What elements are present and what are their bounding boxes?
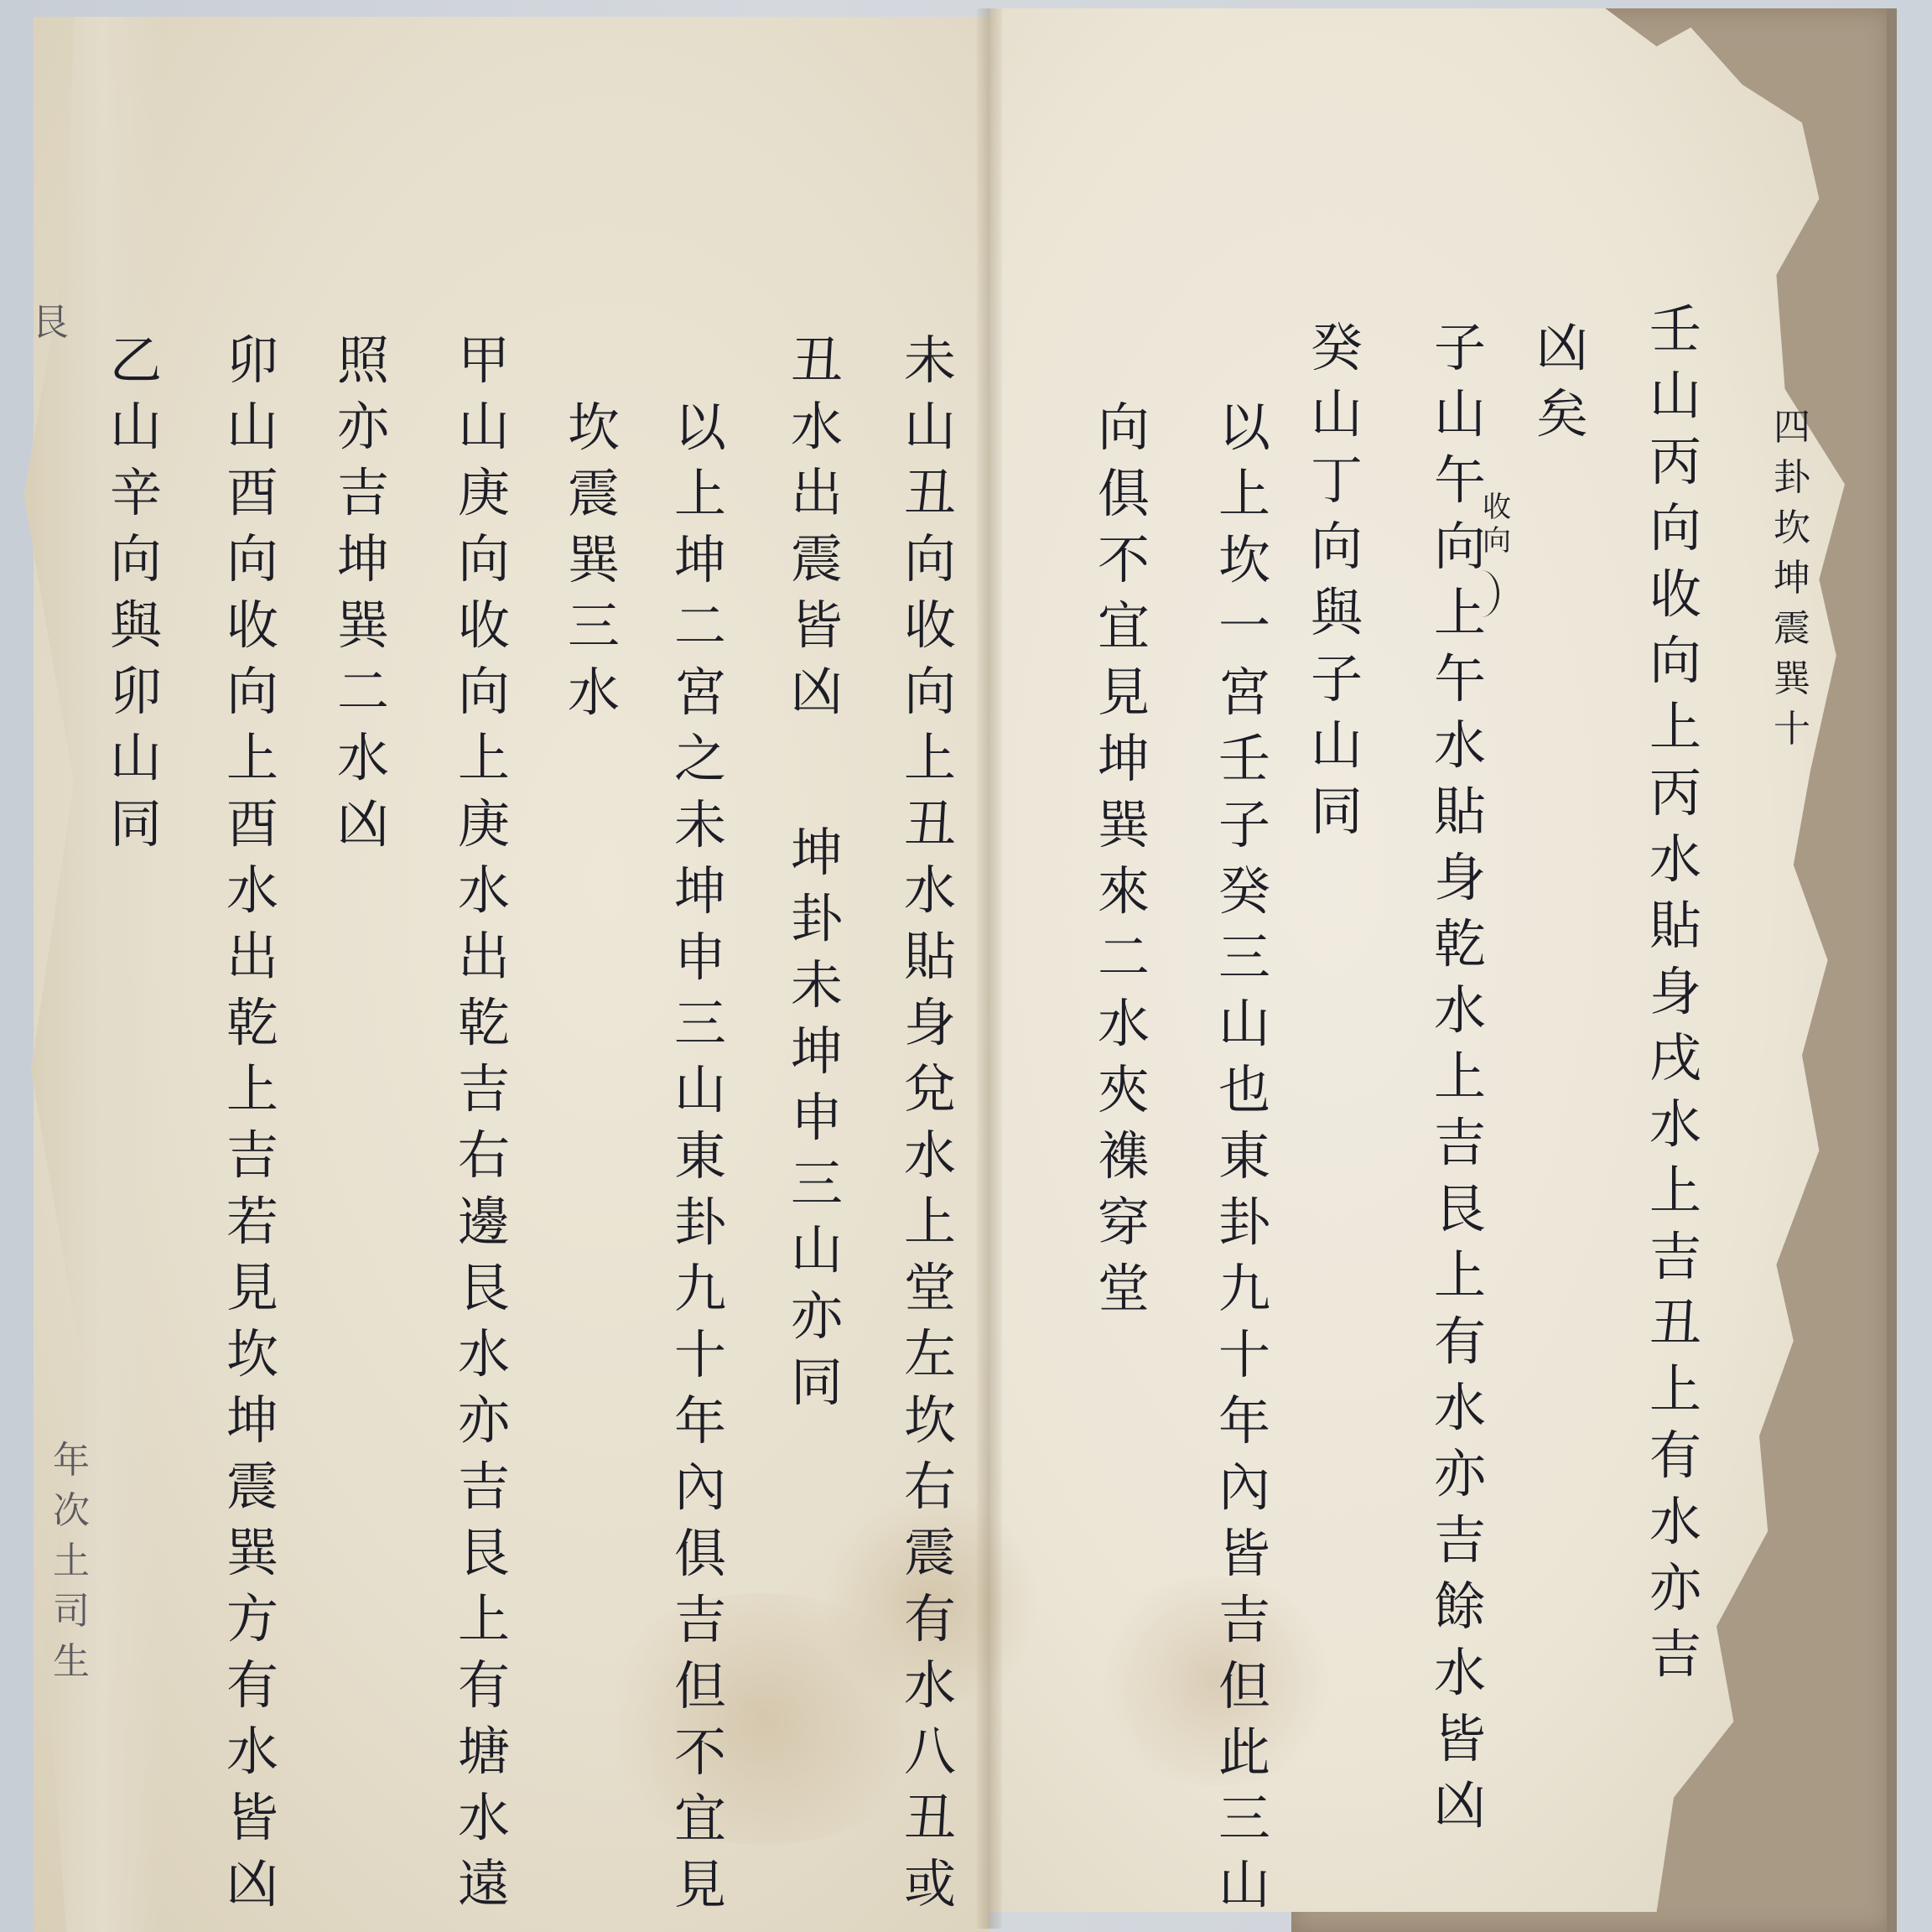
character: 一 [1211, 593, 1278, 659]
character: 水 [1426, 1639, 1493, 1706]
character: 卦 [1767, 453, 1817, 503]
character: 酉 [219, 791, 286, 857]
character: 但 [1211, 1653, 1278, 1719]
character: 卯 [219, 327, 286, 393]
text-column-fragment: 年次土司生 [46, 1436, 96, 1687]
character: 癸 [1211, 858, 1278, 924]
character: 癸 [1303, 314, 1370, 381]
character: 山 [1211, 1851, 1278, 1918]
character: 上 [1426, 1242, 1493, 1308]
character: 此 [1211, 1719, 1278, 1785]
character: 丑 [896, 1784, 963, 1851]
character: 向 [450, 658, 517, 724]
character: 震 [1767, 604, 1817, 654]
character: 內 [667, 1454, 734, 1520]
text-column: 凶矣 [1529, 314, 1596, 447]
character: 山 [1426, 381, 1493, 447]
character: 向 [1642, 627, 1709, 693]
character: 坎 [219, 1321, 286, 1387]
character: 凶 [330, 791, 397, 857]
character: 俱 [1090, 460, 1157, 527]
character: 照 [330, 327, 397, 393]
character: 坎 [896, 1387, 963, 1453]
character: 山 [1642, 362, 1709, 428]
character: 司 [46, 1587, 96, 1637]
character: 三 [667, 990, 734, 1057]
character: 身 [1426, 844, 1493, 911]
character: 坤 [1090, 725, 1157, 792]
character: 有 [1426, 1308, 1493, 1374]
character: 同 [1303, 778, 1370, 844]
character: 水 [1642, 1488, 1709, 1555]
character: 堂 [896, 1254, 963, 1321]
character: 上 [219, 1056, 286, 1122]
character: 有 [219, 1652, 286, 1718]
character: 土 [46, 1536, 96, 1587]
character: 右 [450, 1122, 517, 1188]
character: 收 [896, 592, 963, 658]
character: 山 [667, 1057, 734, 1123]
character: 邊 [450, 1188, 517, 1254]
character: 凶 [1426, 1772, 1493, 1838]
character: 以 [1211, 394, 1278, 460]
character: 山 [1303, 381, 1370, 447]
character: 塘 [450, 1718, 517, 1784]
character: 不 [667, 1719, 734, 1785]
character: 水 [450, 1784, 517, 1851]
character: 艮 [1426, 1176, 1493, 1242]
text-column: 丑水出震皆凶 [783, 327, 850, 724]
character: 水 [450, 1321, 517, 1387]
character: 卦 [667, 1189, 734, 1255]
character: 左 [896, 1321, 963, 1387]
character: 丙 [1642, 428, 1709, 495]
character: 收 [219, 592, 286, 658]
character: 方 [219, 1586, 286, 1652]
character: 宮 [667, 659, 734, 725]
character: 亦 [330, 393, 397, 460]
character: 吉 [1426, 1507, 1493, 1573]
character: 向 [219, 526, 286, 592]
correction-mark [1463, 570, 1499, 617]
character: 年 [1211, 1388, 1278, 1454]
character: 皆 [1211, 1520, 1278, 1587]
text-column: 壬山丙向收向上丙水貼身戌水上吉丑上有水亦吉 [1642, 296, 1709, 1687]
text-column: 照亦吉坤巽二水凶 [330, 327, 397, 857]
character: 乾 [450, 989, 517, 1056]
character: 上 [1642, 693, 1709, 760]
character: 與 [102, 592, 169, 658]
character: 向 [1303, 513, 1370, 579]
character: 宮 [1211, 659, 1278, 725]
character: 上 [896, 1188, 963, 1254]
character: 巽 [1767, 654, 1817, 704]
character: 年 [667, 1388, 734, 1454]
character: 亦 [783, 1283, 850, 1349]
character: 向 [1642, 495, 1709, 561]
character: 坤 [783, 1018, 850, 1084]
character: 水 [896, 857, 963, 923]
text-column-note: 四卦坎坤震巽十 [1767, 402, 1817, 755]
character: 上 [219, 724, 286, 791]
character: 上 [1642, 1157, 1709, 1223]
character: 兌 [896, 1056, 963, 1122]
character: 丑 [1642, 1290, 1709, 1356]
text-column: 卯山酉向收向上酉水出乾上吉若見坎坤震巽方有水皆凶 [219, 327, 286, 1917]
character: 丑 [783, 327, 850, 393]
character: 向 [102, 526, 169, 592]
character: 庚 [450, 460, 517, 526]
character: 東 [667, 1123, 734, 1189]
character: 十 [1211, 1322, 1278, 1388]
character: 壬 [1211, 725, 1278, 792]
character: 凶 [1529, 314, 1596, 381]
character: 吉 [1642, 1223, 1709, 1290]
character: 卯 [102, 658, 169, 724]
character: 也 [1211, 1057, 1278, 1123]
character: 出 [450, 923, 517, 989]
character: 坤 [219, 1387, 286, 1453]
character: 水 [896, 1652, 963, 1718]
character: 見 [1090, 659, 1157, 725]
character: 山 [1211, 990, 1278, 1057]
character: 吉 [330, 460, 397, 526]
character: 收 [1642, 561, 1709, 627]
character: 亦 [450, 1387, 517, 1453]
character: 未 [667, 792, 734, 858]
character: 來 [1090, 858, 1157, 924]
character: 子 [1426, 314, 1493, 381]
character: 東 [1211, 1123, 1278, 1189]
character: 震 [560, 460, 627, 527]
character: 向 [450, 526, 517, 592]
character: 出 [783, 460, 850, 526]
character: 四 [1767, 402, 1817, 453]
character: 遠 [450, 1851, 517, 1917]
character: 同 [102, 791, 169, 857]
character: 山 [1303, 712, 1370, 778]
character: 身 [1642, 958, 1709, 1025]
character: 凶 [219, 1851, 286, 1917]
character: 矣 [1529, 381, 1596, 447]
character: 艮 [450, 1519, 517, 1586]
character: 艮 [25, 298, 75, 348]
character: 午 [1426, 646, 1493, 712]
character: 乾 [1426, 911, 1493, 977]
character: 吉 [1642, 1621, 1709, 1687]
character: 水 [1642, 826, 1709, 892]
character: 穿 [1090, 1189, 1157, 1255]
manuscript-photo: 壬山丙向收向上丙水貼身戌水上吉丑上有水亦吉 四卦坎坤震巽十 凶矣 子山午向上午水… [0, 0, 1932, 1932]
character: 之 [667, 725, 734, 792]
character: 九 [667, 1255, 734, 1322]
character: 宜 [667, 1785, 734, 1851]
character: 堂 [1090, 1255, 1157, 1322]
character: 山 [783, 1217, 850, 1283]
character: 內 [1211, 1454, 1278, 1520]
character: 右 [896, 1453, 963, 1519]
character: 八 [896, 1718, 963, 1784]
character: 向 [1090, 394, 1157, 460]
character: 上 [450, 724, 517, 791]
character: 卦 [1211, 1189, 1278, 1255]
character: 見 [667, 1851, 734, 1918]
character: 丑 [896, 460, 963, 526]
text-column: 以上坎一宮壬子癸三山也東卦九十年內皆吉但此三山 [1211, 394, 1278, 1918]
character: 亦 [1642, 1555, 1709, 1621]
character: 見 [219, 1254, 286, 1321]
character: 吉 [1211, 1587, 1278, 1653]
character: 坎 [1767, 503, 1817, 553]
character: 巽 [560, 527, 627, 593]
character: 申 [667, 924, 734, 990]
character: 夾 [1090, 1057, 1157, 1123]
text-column: 甲山庚向收向上庚水出乾吉右邊艮水亦吉艮上有塘水遠 [450, 327, 517, 1917]
character: 卦 [783, 885, 850, 952]
character: 水 [560, 659, 627, 725]
character: 山 [896, 393, 963, 460]
character: 以 [667, 394, 734, 460]
character: 餘 [1426, 1573, 1493, 1639]
character: 坎 [1211, 527, 1278, 593]
character: 二 [1090, 924, 1157, 990]
character: 水 [219, 1718, 286, 1784]
character: 坤 [783, 819, 850, 885]
margin-annotation: 收向 [1483, 491, 1516, 558]
character: 坤 [1767, 553, 1817, 604]
character: 亦 [1426, 1441, 1493, 1507]
text-column-fragment: 艮 [25, 298, 75, 348]
text-column: 坤卦未坤申三山亦同 [783, 819, 850, 1415]
character: 震 [896, 1519, 963, 1586]
character: 向 [896, 526, 963, 592]
character: 不 [1090, 527, 1157, 593]
character: 水 [219, 857, 286, 923]
character: 吉 [219, 1122, 286, 1188]
character: 襍 [1090, 1123, 1157, 1189]
character: 同 [783, 1349, 850, 1415]
character: 皆 [219, 1784, 286, 1851]
text-column: 乙山辛向與卯山同 [102, 327, 169, 857]
character: 坤 [667, 858, 734, 924]
character: 上 [1642, 1356, 1709, 1422]
character: 辛 [102, 460, 169, 526]
character: 水 [1426, 977, 1493, 1043]
character: 水 [896, 1122, 963, 1188]
cover-edge [1887, 8, 1897, 1932]
character: 皆 [1426, 1706, 1493, 1772]
character: 宜 [1090, 593, 1157, 659]
character: 若 [219, 1188, 286, 1254]
character: 巽 [1090, 792, 1157, 858]
character: 但 [667, 1653, 734, 1719]
character: 乾 [219, 989, 286, 1056]
text-column: 坎震巽三水 [560, 394, 627, 725]
character: 山 [102, 393, 169, 460]
character: 吉 [450, 1453, 517, 1519]
text-column: 癸山丁向與子山同 [1303, 314, 1370, 844]
character: 三 [1211, 1785, 1278, 1851]
character: 壬 [1642, 296, 1709, 362]
character: 未 [896, 327, 963, 393]
character: 戌 [1642, 1025, 1709, 1091]
character: 水 [1090, 990, 1157, 1057]
character: 上 [667, 460, 734, 527]
character: 未 [783, 952, 850, 1018]
character: 子 [1211, 792, 1278, 858]
character: 身 [896, 989, 963, 1056]
character: 坤 [330, 526, 397, 592]
character: 二 [667, 593, 734, 659]
character: 上 [1211, 460, 1278, 527]
character: 有 [450, 1652, 517, 1718]
character: 巽 [330, 592, 397, 658]
character: 丁 [1303, 447, 1370, 513]
character: 次 [46, 1486, 96, 1536]
character: 三 [783, 1150, 850, 1217]
character: 有 [1642, 1422, 1709, 1488]
character: 皆 [783, 592, 850, 658]
character: 水 [1642, 1091, 1709, 1157]
character: 吉 [1426, 1109, 1493, 1176]
character: 山 [219, 393, 286, 460]
character: 俱 [667, 1520, 734, 1587]
text-column: 向俱不宜見坤巽來二水夾襍穿堂 [1090, 394, 1157, 1322]
character: 庚 [450, 791, 517, 857]
character: 乙 [102, 327, 169, 393]
character: 生 [46, 1637, 96, 1687]
character: 坤 [667, 527, 734, 593]
character: 艮 [450, 1254, 517, 1321]
character: 出 [219, 923, 286, 989]
character: 年 [46, 1436, 96, 1486]
character: 凶 [783, 658, 850, 724]
character: 酉 [219, 460, 286, 526]
character: 丑 [896, 791, 963, 857]
character: 三 [560, 593, 627, 659]
character: 水 [330, 724, 397, 791]
character: 山 [102, 724, 169, 791]
character: 有 [896, 1586, 963, 1652]
character: 丙 [1642, 760, 1709, 826]
character: 上 [450, 1586, 517, 1652]
text-column: 未山丑向收向上丑水貼身兌水上堂左坎右震有水八丑或 [896, 327, 963, 1917]
character: 申 [783, 1084, 850, 1150]
character: 九 [1211, 1255, 1278, 1322]
character: 與 [1303, 579, 1370, 646]
character: 甲 [450, 327, 517, 393]
character: 震 [783, 526, 850, 592]
character: 十 [667, 1322, 734, 1388]
character: 向 [896, 658, 963, 724]
character: 吉 [450, 1056, 517, 1122]
character: 子 [1303, 646, 1370, 712]
character: 水 [1426, 712, 1493, 778]
character: 貼 [1642, 892, 1709, 958]
character: 上 [1426, 1043, 1493, 1109]
character: 上 [896, 724, 963, 791]
character: 巽 [219, 1519, 286, 1586]
character: 水 [450, 857, 517, 923]
character: 十 [1767, 704, 1817, 755]
character: 向 [219, 658, 286, 724]
character: 貼 [896, 923, 963, 989]
character: 水 [1426, 1374, 1493, 1441]
character: 水 [783, 393, 850, 460]
character: 或 [896, 1851, 963, 1917]
character: 吉 [667, 1587, 734, 1653]
character: 坎 [560, 394, 627, 460]
character: 三 [1211, 924, 1278, 990]
character: 二 [330, 658, 397, 724]
character: 收 [450, 592, 517, 658]
text-column: 以上坤二宮之未坤申三山東卦九十年內俱吉但不宜見 [667, 394, 734, 1918]
character: 山 [450, 393, 517, 460]
character: 震 [219, 1453, 286, 1519]
character: 貼 [1426, 778, 1493, 844]
